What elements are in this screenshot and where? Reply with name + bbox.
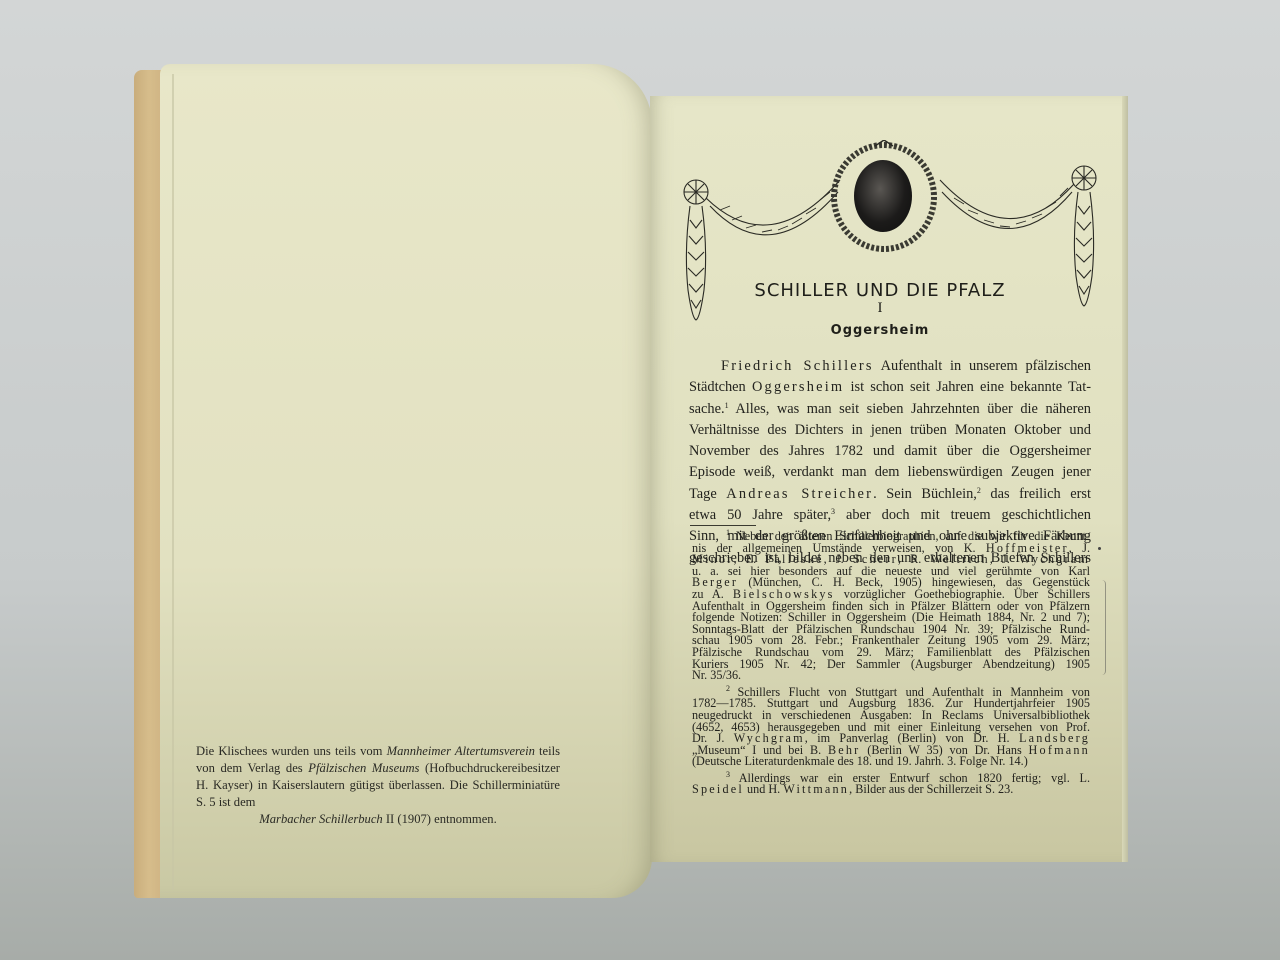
credit-italic-title: Pfälzischen Museums bbox=[308, 761, 419, 775]
text-run: ist schon seit Jahren eine bekannte Tat- bbox=[844, 379, 1091, 395]
credit-note-last-line: Marbacher Schillerbuch II (1907) entnomm… bbox=[196, 811, 560, 828]
body-line: November des Jahres 1782 und damit über … bbox=[689, 441, 1091, 462]
text-run: und H. bbox=[744, 782, 783, 796]
footnote-line: Speidel und H. Wittmann, Bilder aus der … bbox=[692, 784, 1090, 796]
body-line: Verhältnisse des Dichters in jenen trübe… bbox=[689, 420, 1091, 441]
credit-note-body: Die Klischees wurden uns teils vom Mannh… bbox=[196, 744, 560, 809]
text-run: Alles, was man seit sieben Jahrzehnten ü… bbox=[729, 401, 1091, 417]
footnote-line: Kuriers 1905 Nr. 42; Der Sammler (Augsbu… bbox=[692, 659, 1090, 671]
spaced-name: Oggersheim bbox=[752, 379, 844, 395]
section-title: Oggersheim bbox=[700, 323, 1060, 338]
footnotes: 1 Neben den älteren Schillerbiographien,… bbox=[692, 531, 1090, 796]
spaced-name: Speidel bbox=[692, 782, 744, 796]
footnote-number: 3 bbox=[726, 770, 739, 779]
pencil-margin-mark bbox=[1102, 580, 1106, 675]
spaced-name: Friedrich Schillers bbox=[721, 358, 874, 374]
footnote-3: 3 Allerdings war ein erster Entwurf scho… bbox=[692, 773, 1090, 796]
body-line: Städtchen Oggersheim ist schon seit Jahr… bbox=[689, 377, 1091, 398]
credit-italic-title: Mannheimer Altertumsverein bbox=[387, 744, 535, 758]
body-line: Friedrich Schillers Aufenthalt in unsere… bbox=[689, 356, 1091, 377]
spaced-name: Wittmann bbox=[783, 782, 849, 796]
footnote-line: Nr. 35/36. bbox=[692, 670, 1090, 682]
text-run: sache. bbox=[689, 401, 725, 417]
pencil-dot-mark bbox=[1098, 547, 1101, 550]
spaced-name: Andreas Streicher bbox=[726, 486, 873, 502]
schiller-portrait-medallion bbox=[854, 160, 912, 232]
footnote-2: 2 Schillers Flucht von Stuttgart und Auf… bbox=[692, 687, 1090, 768]
credit-text: Die Klischees wurden uns teils vom bbox=[196, 744, 387, 758]
footnote-number: 2 bbox=[726, 684, 737, 693]
text-run: das freilich erst bbox=[981, 486, 1091, 502]
text-run: Nr. 35/36. bbox=[692, 668, 741, 682]
body-line: etwa 50 Jahre später,3 aber doch mit tre… bbox=[689, 505, 1091, 526]
text-run: (Deutsche Literaturdenkmale des 18. und … bbox=[692, 754, 1028, 768]
text-run: etwa 50 Jahre später, bbox=[689, 507, 831, 523]
section-numeral: I bbox=[700, 300, 1060, 317]
body-line: Tage Andreas Streicher. Sein Büchlein,2 … bbox=[689, 484, 1091, 505]
credit-source-title: Marbacher Schillerbuch bbox=[259, 812, 382, 826]
footnote-line: (Deutsche Literaturdenkmale des 18. und … bbox=[692, 756, 1090, 768]
footnote-1: 1 Neben den älteren Schillerbiographien,… bbox=[692, 531, 1090, 682]
text-run: aber doch mit treuem geschichtlichen bbox=[835, 507, 1091, 523]
illustration-credit-note: Die Klischees wurden uns teils vom Mannh… bbox=[196, 743, 560, 828]
text-run: . Sein Büchlein, bbox=[873, 486, 977, 502]
text-run: Verhältnisse des Dichters in jenen trübe… bbox=[689, 422, 1091, 438]
text-run: November des Jahres 1782 und damit über … bbox=[689, 443, 1091, 459]
text-run: Tage bbox=[689, 486, 726, 502]
body-line: Episode weiß, verdankt man dem liebenswü… bbox=[689, 462, 1091, 483]
footnote-divider bbox=[690, 525, 756, 526]
text-run: Städtchen bbox=[689, 379, 752, 395]
chapter-title: SCHILLER UND DIE PFALZ bbox=[700, 280, 1060, 301]
credit-source-rest: II (1907) entnommen. bbox=[383, 812, 497, 826]
body-line: sache.1 Alles, was man seit sieben Jahrz… bbox=[689, 399, 1091, 420]
text-run: , Bilder aus der Schillerzeit S. 23. bbox=[849, 782, 1013, 796]
spaced-name: Hofmann bbox=[1029, 743, 1090, 757]
footnote-number: 1 bbox=[726, 528, 736, 537]
text-run: Aufenthalt in unserem pfälzischen bbox=[874, 358, 1091, 374]
text-run: Episode weiß, verdankt man dem liebenswü… bbox=[689, 464, 1091, 480]
text-run: Kuriers 1905 Nr. 42; Der Sammler (Augsbu… bbox=[692, 657, 1090, 671]
